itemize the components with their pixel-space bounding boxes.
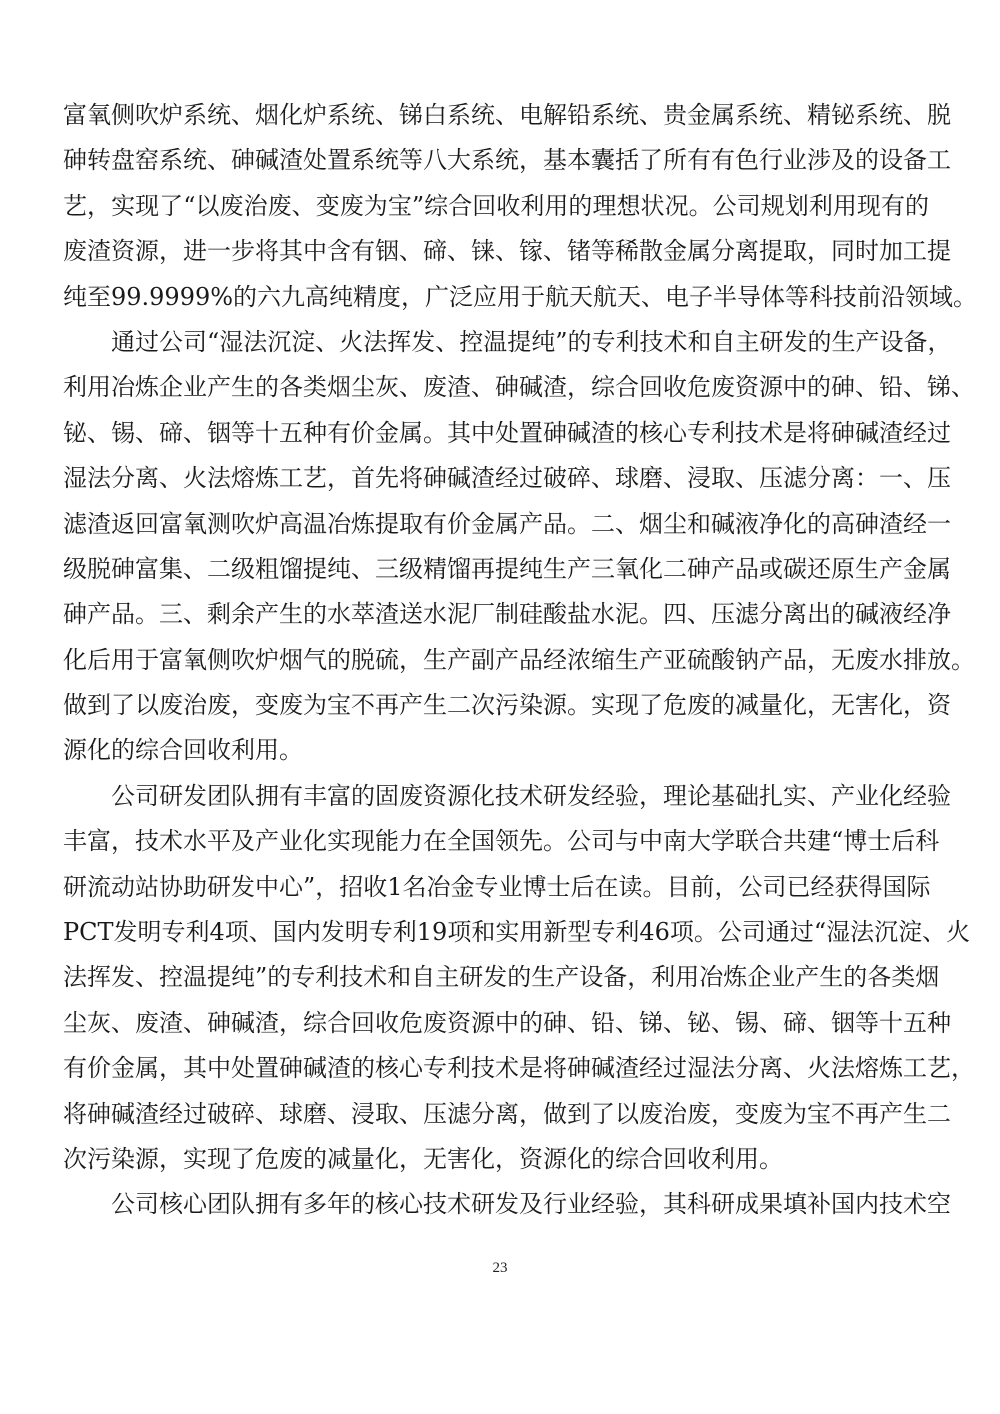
text-line: 公司核心团队拥有多年的核心技术研发及行业经验，其科研成果填补国内技术空 bbox=[63, 1185, 929, 1230]
text-line: 法挥发、控温提纯”的专利技术和自主研发的生产设备，利用冶炼企业产生的各类烟 bbox=[63, 958, 929, 1003]
text-line: 通过公司“湿法沉淀、火法挥发、控温提纯”的专利技术和自主研发的生产设备， bbox=[63, 323, 929, 368]
text-line: 湿法分离、火法熔炼工艺，首先将砷碱渣经过破碎、球磨、浸取、压滤分离：一、压 bbox=[63, 459, 929, 504]
text-line: 滤渣返回富氧测吹炉高温冶炼提取有价金属产品。二、烟尘和碱液净化的高砷渣经一 bbox=[63, 505, 929, 550]
text-line: 化后用于富氧侧吹炉烟气的脱硫，生产副产品经浓缩生产亚硫酸钠产品，无废水排放。 bbox=[63, 641, 929, 686]
text-line: 研流动站协助研发中心”，招收1名冶金专业博士后在读。目前，公司已经获得国际 bbox=[63, 868, 929, 913]
text-line: 纯至99.9999%的六九高纯精度，广泛应用于航天航天、电子半导体等科技前沿领域… bbox=[63, 278, 929, 323]
text-line: 艺，实现了“以废治废、变废为宝”综合回收利用的理想状况。公司规划利用现有的 bbox=[63, 187, 929, 232]
paragraph-continued: 富氧侧吹炉系统、烟化炉系统、锑白系统、电解铅系统、贵金属系统、精铋系统、脱 砷转… bbox=[63, 96, 929, 323]
text-line: PCT发明专利4项、国内发明专利19项和实用新型专利46项。公司通过“湿法沉淀、… bbox=[63, 913, 929, 958]
paragraph-rd-team: 公司研发团队拥有丰富的固废资源化技术研发经验，理论基础扎实、产业化经验 丰富，技… bbox=[63, 777, 929, 1186]
document-page: 富氧侧吹炉系统、烟化炉系统、锑白系统、电解铅系统、贵金属系统、精铋系统、脱 砷转… bbox=[0, 0, 1000, 1414]
text-line: 利用冶炼企业产生的各类烟尘灰、废渣、砷碱渣，综合回收危废资源中的砷、铅、锑、 bbox=[63, 368, 929, 413]
paragraph-core-team: 公司核心团队拥有多年的核心技术研发及行业经验，其科研成果填补国内技术空 bbox=[63, 1185, 929, 1230]
page-number: 23 bbox=[0, 1260, 1000, 1277]
text-line: 将砷碱渣经过破碎、球磨、浸取、压滤分离，做到了以废治废，变废为宝不再产生二 bbox=[63, 1095, 929, 1140]
text-line: 废渣资源，进一步将其中含有铟、碲、铼、镓、锗等稀散金属分离提取，同时加工提 bbox=[63, 232, 929, 277]
text-line: 尘灰、废渣、砷碱渣，综合回收危废资源中的砷、铅、锑、铋、锡、碲、铟等十五种 bbox=[63, 1004, 929, 1049]
text-line: 砷产品。三、剩余产生的水萃渣送水泥厂制硅酸盐水泥。四、压滤分离出的碱液经净 bbox=[63, 595, 929, 640]
text-line: 丰富，技术水平及产业化实现能力在全国领先。公司与中南大学联合共建“博士后科 bbox=[63, 822, 929, 867]
paragraph-process-technology: 通过公司“湿法沉淀、火法挥发、控温提纯”的专利技术和自主研发的生产设备， 利用冶… bbox=[63, 323, 929, 777]
text-line: 富氧侧吹炉系统、烟化炉系统、锑白系统、电解铅系统、贵金属系统、精铋系统、脱 bbox=[63, 96, 929, 141]
text-line: 次污染源，实现了危废的减量化，无害化，资源化的综合回收利用。 bbox=[63, 1140, 929, 1185]
text-line: 铋、锡、碲、铟等十五种有价金属。其中处置砷碱渣的核心专利技术是将砷碱渣经过 bbox=[63, 414, 929, 459]
text-line: 源化的综合回收利用。 bbox=[63, 731, 929, 776]
body-text: 富氧侧吹炉系统、烟化炉系统、锑白系统、电解铅系统、贵金属系统、精铋系统、脱 砷转… bbox=[63, 96, 929, 1231]
text-line: 公司研发团队拥有丰富的固废资源化技术研发经验，理论基础扎实、产业化经验 bbox=[63, 777, 929, 822]
text-line: 做到了以废治废，变废为宝不再产生二次污染源。实现了危废的减量化，无害化，资 bbox=[63, 686, 929, 731]
text-line: 有价金属，其中处置砷碱渣的核心专利技术是将砷碱渣经过湿法分离、火法熔炼工艺， bbox=[63, 1049, 929, 1094]
text-line: 级脱砷富集、二级粗馏提纯、三级精馏再提纯生产三氧化二砷产品或碳还原生产金属 bbox=[63, 550, 929, 595]
text-line: 砷转盘窑系统、砷碱渣处置系统等八大系统，基本囊括了所有有色行业涉及的设备工 bbox=[63, 141, 929, 186]
